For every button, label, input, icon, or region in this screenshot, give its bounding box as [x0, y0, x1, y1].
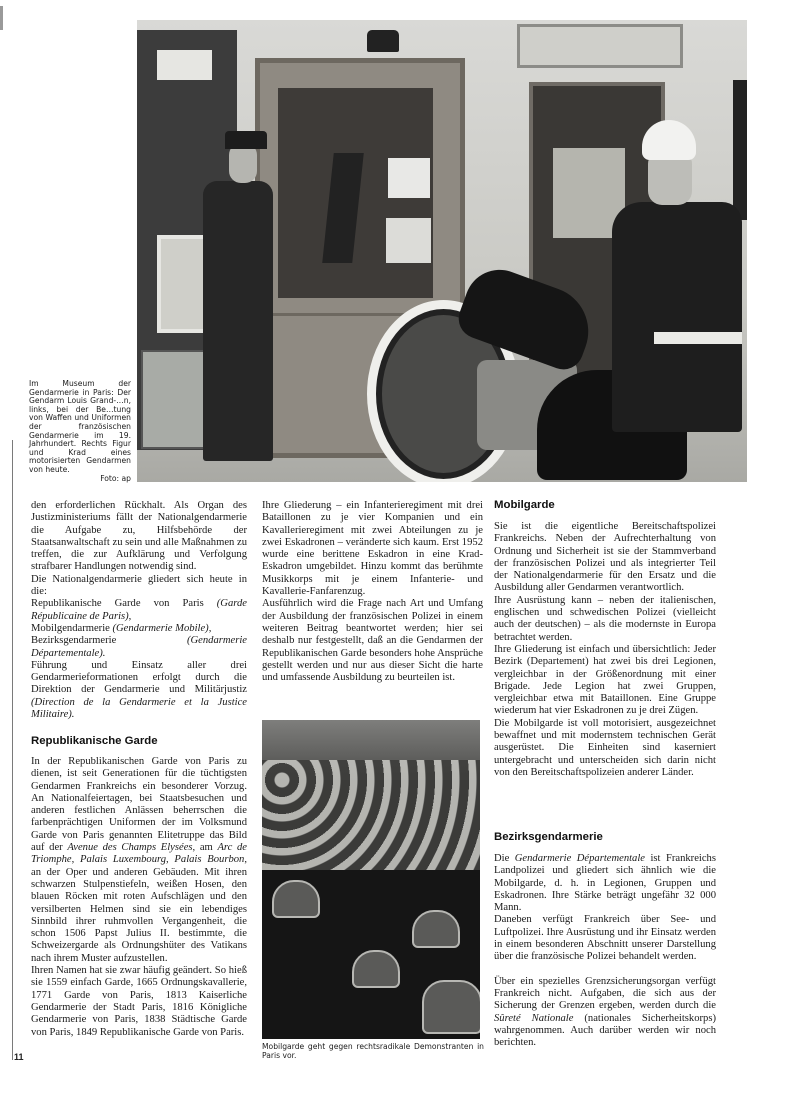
photo-police-helmet: [412, 910, 460, 948]
column-3: Sie ist die eigentliche Bereitschaftspol…: [494, 521, 716, 779]
photo-gendarme-body: [203, 181, 273, 461]
section-heading-bezirksgendarmerie: Bezirksgendarmerie: [494, 830, 603, 844]
paragraph-french: (Direction de la Gendarmerie et la Justi…: [31, 697, 247, 720]
photo-gendarme-figure: [197, 125, 279, 475]
paragraph-text: In der Republikanischen Garde von Paris …: [31, 756, 247, 853]
paragraph: Führung und Einsatz aller drei Gendarmer…: [31, 660, 247, 721]
photo-figure-body: [612, 202, 742, 432]
french-term: Sûreté Nationale: [494, 1013, 573, 1024]
list-item-text: Mobilgendarmerie: [31, 623, 113, 634]
photo-shako: [367, 30, 399, 52]
column-1: den erforderlichen Rückhalt. Als Organ d…: [31, 500, 247, 721]
photo-police-helmet: [352, 950, 400, 988]
paragraph: In der Republikanischen Garde von Paris …: [31, 756, 247, 965]
margin-rule: [12, 440, 13, 1060]
demonstration-photo: [262, 720, 480, 1039]
photo-wall-painting: [517, 24, 683, 68]
paragraph: Die Mobilgarde ist voll motorisiert, aus…: [494, 718, 716, 779]
paragraph: Über ein spezielles Grenzsicherungsorgan…: [494, 976, 716, 1050]
photo-motorized-gendarme: [592, 110, 742, 440]
paragraph-text: , am: [193, 842, 218, 853]
section-heading-republikanische-garde: Republikanische Garde: [31, 734, 158, 748]
column-2: Ihre Gliederung – ein Infanterieregiment…: [262, 500, 483, 684]
caption-text: Im Museum der Gendarmerie in Paris: Der …: [29, 379, 131, 474]
paragraph: Ausführlich wird die Frage nach Art und …: [262, 598, 483, 684]
paragraph: Ihre Ausrüstung kann – neben der italien…: [494, 595, 716, 644]
place-name: Avenue des Champs Elysées: [67, 842, 192, 853]
paragraph-text: Führung und Einsatz aller drei Gendarmer…: [31, 660, 247, 696]
paragraph-text: Über ein spezielles Grenzsicherungsorgan…: [494, 976, 716, 1012]
list-item: Republikanische Garde von Paris (Garde R…: [31, 598, 247, 623]
photo-small-frame: [157, 50, 212, 80]
photo-document: [388, 158, 430, 198]
paragraph: Daneben verfügt Frankreich über See- und…: [494, 914, 716, 963]
paragraph: Ihre Gliederung – ein Infanterieregiment…: [262, 500, 483, 598]
list-item: Mobilgendarmerie (Gendarmerie Mobile),: [31, 623, 247, 635]
photo-kepi: [225, 131, 267, 149]
paragraph: Sie ist die eigentliche Bereitschaftspol…: [494, 521, 716, 595]
paragraph: den erforderlichen Rückhalt. Als Organ d…: [31, 500, 247, 574]
paragraph: Die Gendarmerie Départementale ist Frank…: [494, 853, 716, 914]
paragraph-text: Die: [494, 853, 515, 864]
list-item-text: Bezirksgendarmerie: [31, 635, 187, 646]
list-item-text: Republikanische Garde von Paris: [31, 598, 217, 609]
paragraph: Die Nationalgendarmerie gliedert sich he…: [31, 574, 247, 599]
photo-figure-helmet: [642, 120, 696, 160]
column-1-continued: In der Republikanischen Garde von Paris …: [31, 756, 247, 1039]
museum-photo: [137, 20, 747, 482]
section-heading-mobilgarde: Mobilgarde: [494, 498, 555, 512]
photo-gendarme-head: [229, 143, 257, 183]
paragraph: Ihre Gliederung ist einfach und übersich…: [494, 644, 716, 718]
demonstration-photo-caption: Mobilgarde geht gegen rechtsradikale Dem…: [262, 1043, 484, 1060]
photo-figure-belt: [654, 332, 742, 344]
french-term: Gendarmerie Départementale: [515, 853, 645, 864]
paragraph-gap: [494, 964, 716, 976]
photo-pennant: [322, 153, 364, 263]
photo-police-helmet: [422, 980, 480, 1034]
page-number: 11: [14, 1052, 24, 1062]
scan-edge-mark: [0, 6, 3, 30]
museum-photo-caption: Im Museum der Gendarmerie in Paris: Der …: [29, 380, 131, 483]
photo-police-helmet: [272, 880, 320, 918]
column-3-continued: Die Gendarmerie Départementale ist Frank…: [494, 853, 716, 1049]
photo-credit: Foto: ap: [29, 475, 131, 484]
paragraph-text: , an der Oper und anderen Gebäuden. Mit …: [31, 854, 247, 963]
paragraph: Ihren Namen hat sie zwar häufig geändert…: [31, 965, 247, 1039]
list-item-french: (Gendarmerie Mobile),: [113, 623, 212, 634]
list-item: Bezirksgendarmerie (Gendarmerie Départem…: [31, 635, 247, 660]
